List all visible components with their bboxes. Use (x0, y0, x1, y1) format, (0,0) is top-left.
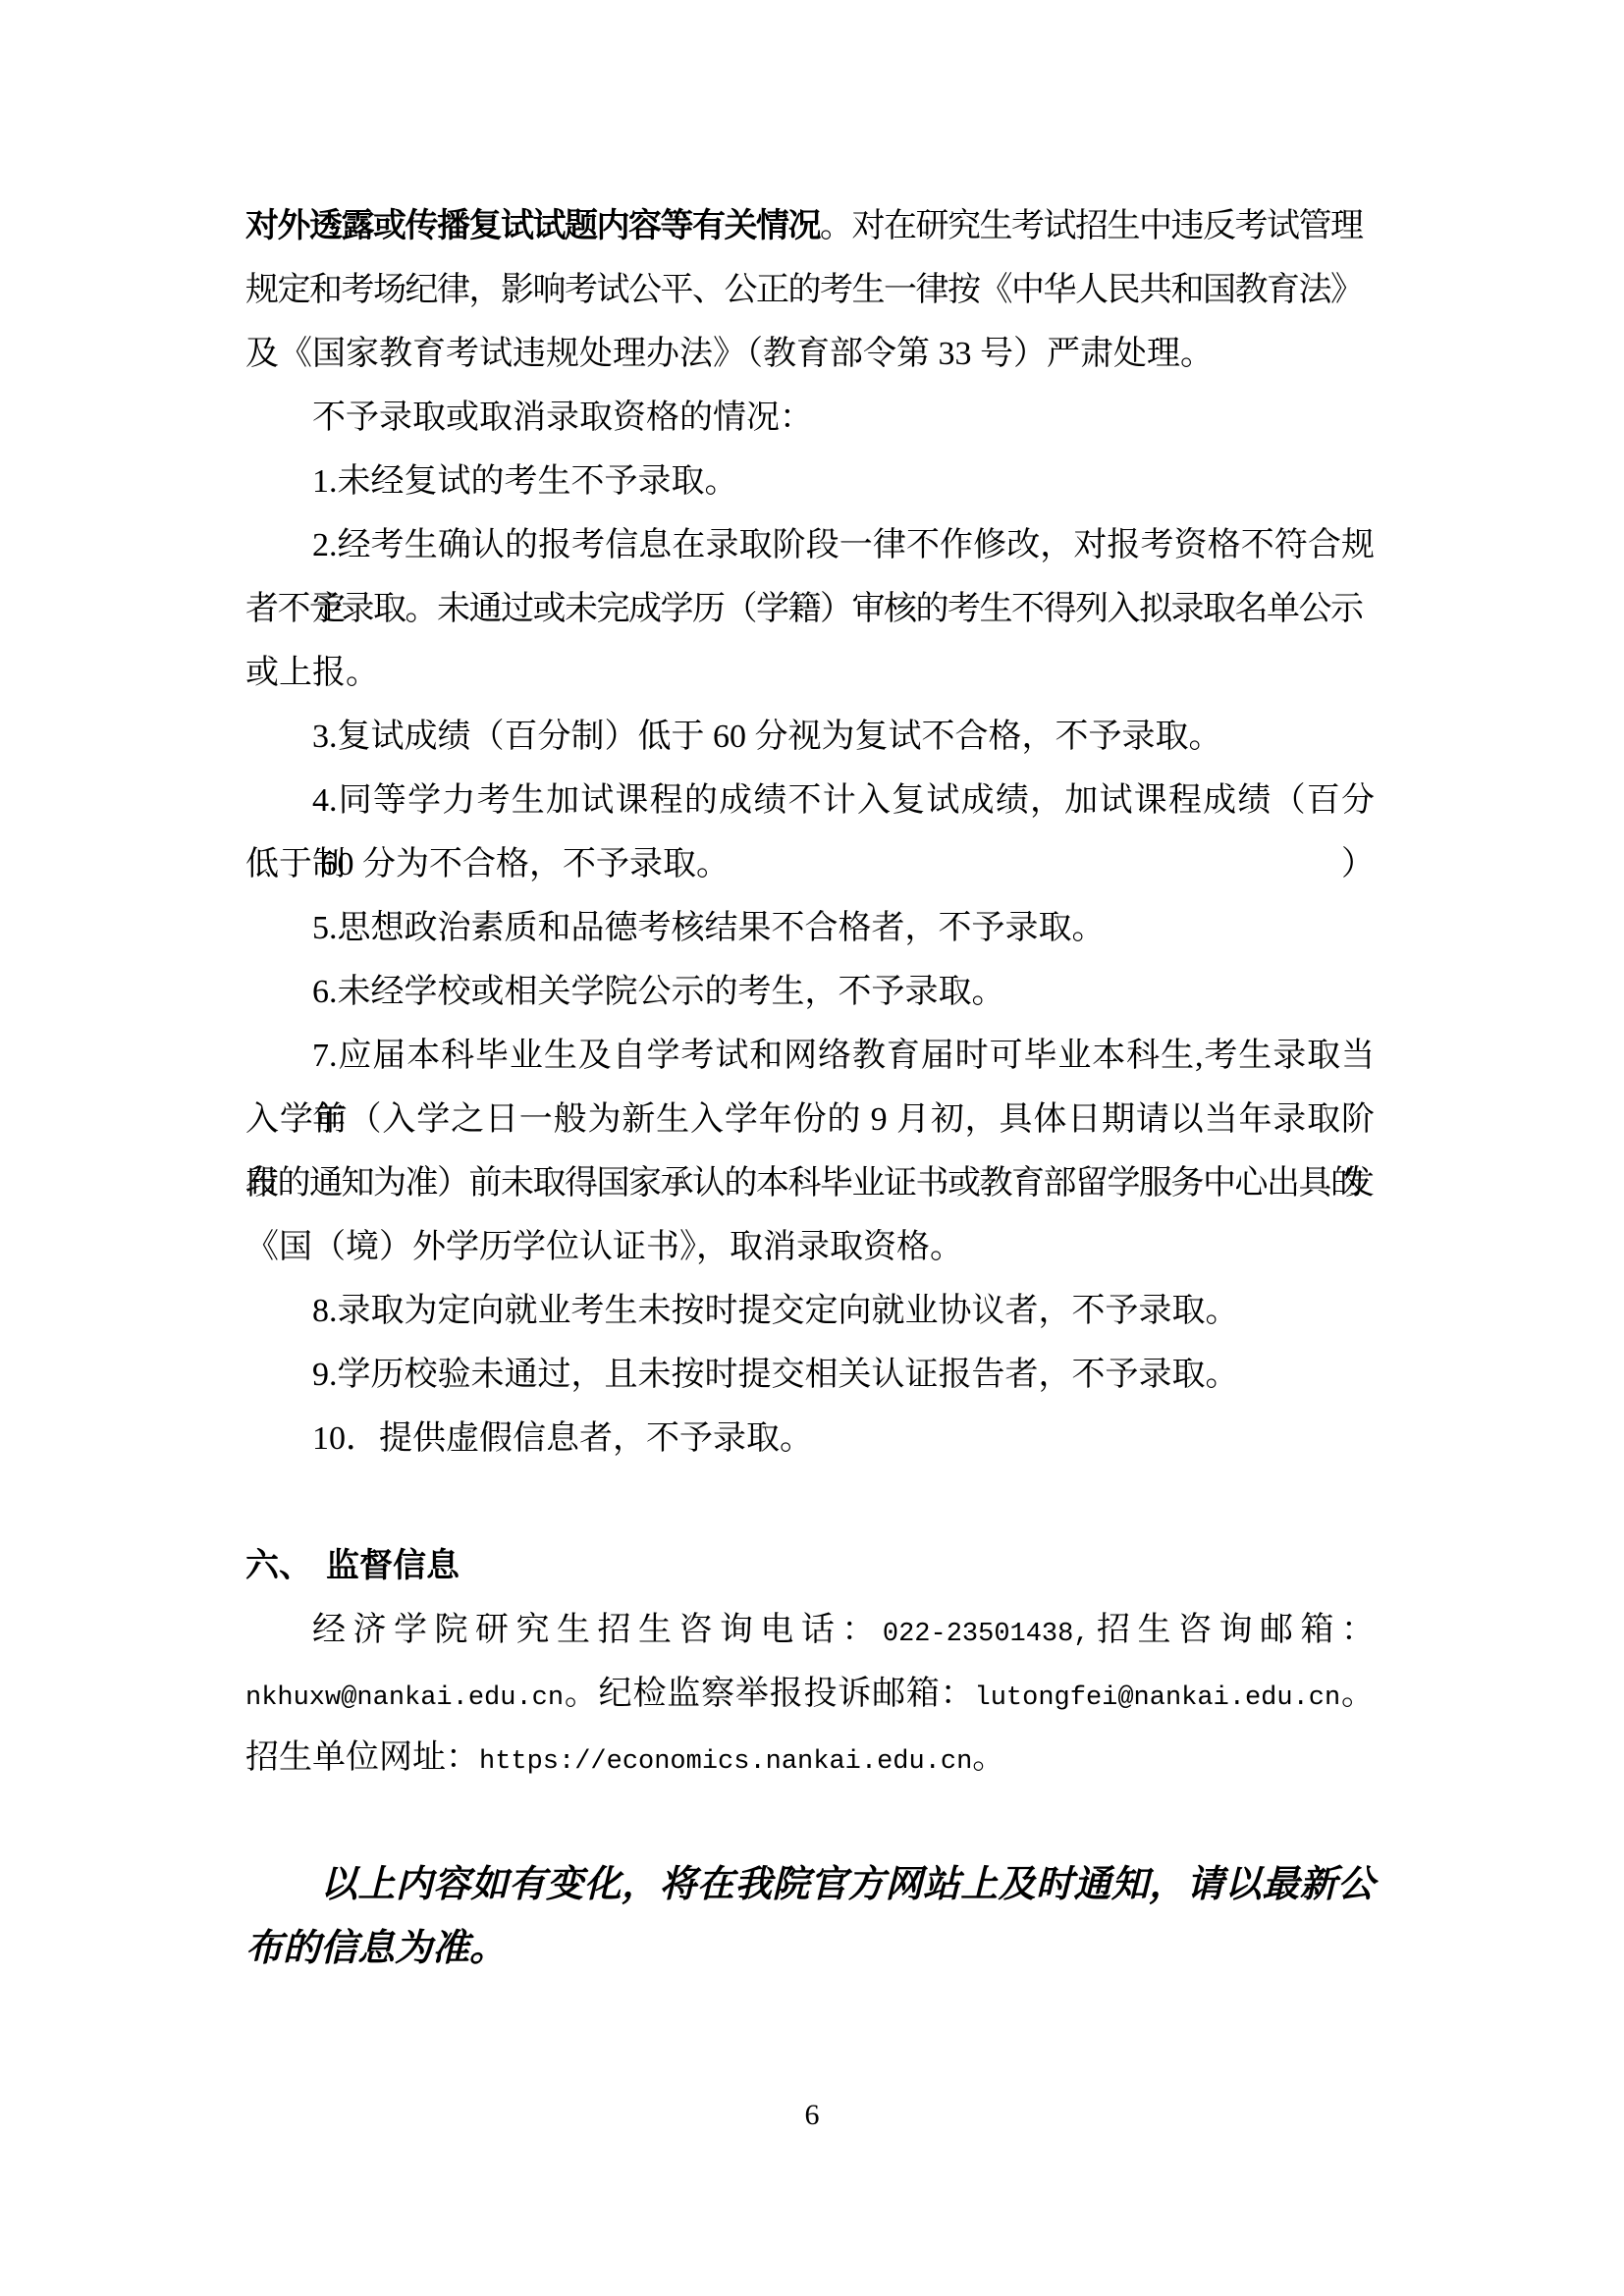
text-segment: 。 (972, 1739, 1005, 1776)
text-segment: 9.学历校验未通过，且未按时提交相关认证报告者，不予录取。 (312, 1357, 1239, 1393)
text-segment: 布的信息为准。 (245, 1928, 507, 1969)
text-line: 5.思想政治素质和品德考核结果不合格者，不予录取。 (245, 896, 1375, 960)
text-segment: 布的通知为准）前未取得国家承认的本科毕业证书或教育部留学服务中心出具的 (245, 1165, 1363, 1201)
text-segment: 或上报。 (245, 655, 379, 691)
text-line: 10．提供虚假信息者，不予录取。 (245, 1407, 1375, 1470)
text-line: 1.未经复试的考生不予录取。 (245, 450, 1375, 513)
text-segment: 。 (1340, 1676, 1375, 1712)
text-segment: https://economics.nankai.edu.cn (479, 1747, 972, 1777)
text-line: 经济学院研究生招生咨询电话：022-23501438,招生咨询邮箱： (245, 1598, 1375, 1662)
text-segment: 10．提供虚假信息者，不予录取。 (312, 1420, 813, 1457)
text-line: 布的信息为准。 (245, 1917, 1375, 1981)
text-segment: 及《国家教育考试违规处理办法》（教育部令第 33 号）严肃处理。 (245, 336, 1214, 372)
text-line: 以上内容如有变化，将在我院官方网站上及时通知，请以最新公 (245, 1853, 1375, 1917)
text-line: 4.同等学力考生加试课程的成绩不计入复试成绩，加试课程成绩（百分制） (245, 769, 1375, 832)
text-line: 或上报。 (245, 641, 1375, 705)
text-segment: 不予录取或取消录取资格的情况： (312, 400, 813, 436)
document-page: 对外透露或传播复试试题内容等有关情况。对在研究生考试招生中违反考试管理规定和考场… (0, 0, 1624, 2296)
text-line: 9.学历校验未通过，且未按时提交相关认证报告者，不予录取。 (245, 1343, 1375, 1407)
text-segment: 者不予录取。未通过或未完成学历（学籍）审核的考生不得列入拟录取名单公示 (245, 591, 1363, 627)
blank-line (245, 1470, 1375, 1534)
text-segment: 监督信息 (326, 1547, 460, 1584)
text-segment: 3.复试成绩（百分制）低于 60 分视为复试不合格，不予录取。 (312, 719, 1222, 755)
text-line: 入学前（入学之日一般为新生入学年份的 9 月初，具体日期请以当年录取阶段发 (245, 1088, 1375, 1151)
text-segment: 8.录取为定向就业考生未按时提交定向就业协议者，不予录取。 (312, 1293, 1239, 1329)
text-segment: 《国（境）外学历学位认证书》，取消录取资格。 (245, 1229, 963, 1265)
blank-line (245, 1789, 1375, 1853)
page-number: 6 (0, 2096, 1624, 2135)
text-line: 招生单位网址：https://economics.nankai.edu.cn。 (245, 1726, 1375, 1789)
text-line: 2.经考生确认的报考信息在录取阶段一律不作修改，对报考资格不符合规定 (245, 513, 1375, 577)
text-line: nkhuxw@nankai.edu.cn。纪检监察举报投诉邮箱：lutongfe… (245, 1662, 1375, 1726)
text-line: 不予录取或取消录取资格的情况： (245, 386, 1375, 450)
text-segment: 022-23501438, (883, 1620, 1090, 1649)
text-segment: 六、 (245, 1547, 312, 1584)
text-segment: lutongfei@nankai.edu.cn (975, 1683, 1341, 1713)
text-segment: 对外透露或传播复试试题内容等有关情况 (245, 207, 820, 244)
text-segment: 1.未经复试的考生不予录取。 (312, 463, 738, 500)
text-line: 规定和考场纪律，影响考试公平、公正的考生一律按《中华人民共和国教育法》 (245, 258, 1375, 322)
text-segment: 6.未经学校或相关学院公示的考生，不予录取。 (312, 974, 1005, 1010)
text-line: 8.录取为定向就业考生未按时提交定向就业协议者，不予录取。 (245, 1279, 1375, 1343)
text-line: 及《国家教育考试违规处理办法》（教育部令第 33 号）严肃处理。 (245, 322, 1375, 386)
section-heading: 六、监督信息 (245, 1534, 1375, 1598)
text-segment: nkhuxw@nankai.edu.cn (245, 1683, 564, 1713)
text-line: 布的通知为准）前未取得国家承认的本科毕业证书或教育部留学服务中心出具的 (245, 1151, 1375, 1215)
text-line: 对外透露或传播复试试题内容等有关情况。对在研究生考试招生中违反考试管理 (245, 194, 1375, 258)
text-segment: 经济学院研究生招生咨询电话： (312, 1612, 883, 1648)
text-line: 3.复试成绩（百分制）低于 60 分视为复试不合格，不予录取。 (245, 705, 1375, 769)
text-segment: 5.思想政治素质和品德考核结果不合格者，不予录取。 (312, 910, 1106, 946)
text-segment: 。对在研究生考试招生中违反考试管理 (820, 208, 1363, 244)
text-line: 者不予录取。未通过或未完成学历（学籍）审核的考生不得列入拟录取名单公示 (245, 577, 1375, 641)
text-segment: 招生单位网址： (245, 1739, 479, 1776)
document-body: 对外透露或传播复试试题内容等有关情况。对在研究生考试招生中违反考试管理规定和考场… (245, 194, 1375, 1981)
text-segment: 规定和考场纪律，影响考试公平、公正的考生一律按《中华人民共和国教育法》 (245, 272, 1363, 308)
text-line: 7.应届本科毕业生及自学考试和网络教育届时可毕业本科生,考生录取当年 (245, 1024, 1375, 1088)
text-segment: 低于 60 分为不合格，不予录取。 (245, 846, 730, 882)
text-segment: 。纪检监察举报投诉邮箱： (564, 1676, 974, 1712)
text-segment: 招生咨询邮箱： (1090, 1612, 1375, 1648)
text-segment: 以上内容如有变化，将在我院官方网站上及时通知，请以最新公 (320, 1864, 1375, 1905)
text-line: 6.未经学校或相关学院公示的考生，不予录取。 (245, 960, 1375, 1024)
text-line: 《国（境）外学历学位认证书》，取消录取资格。 (245, 1215, 1375, 1279)
